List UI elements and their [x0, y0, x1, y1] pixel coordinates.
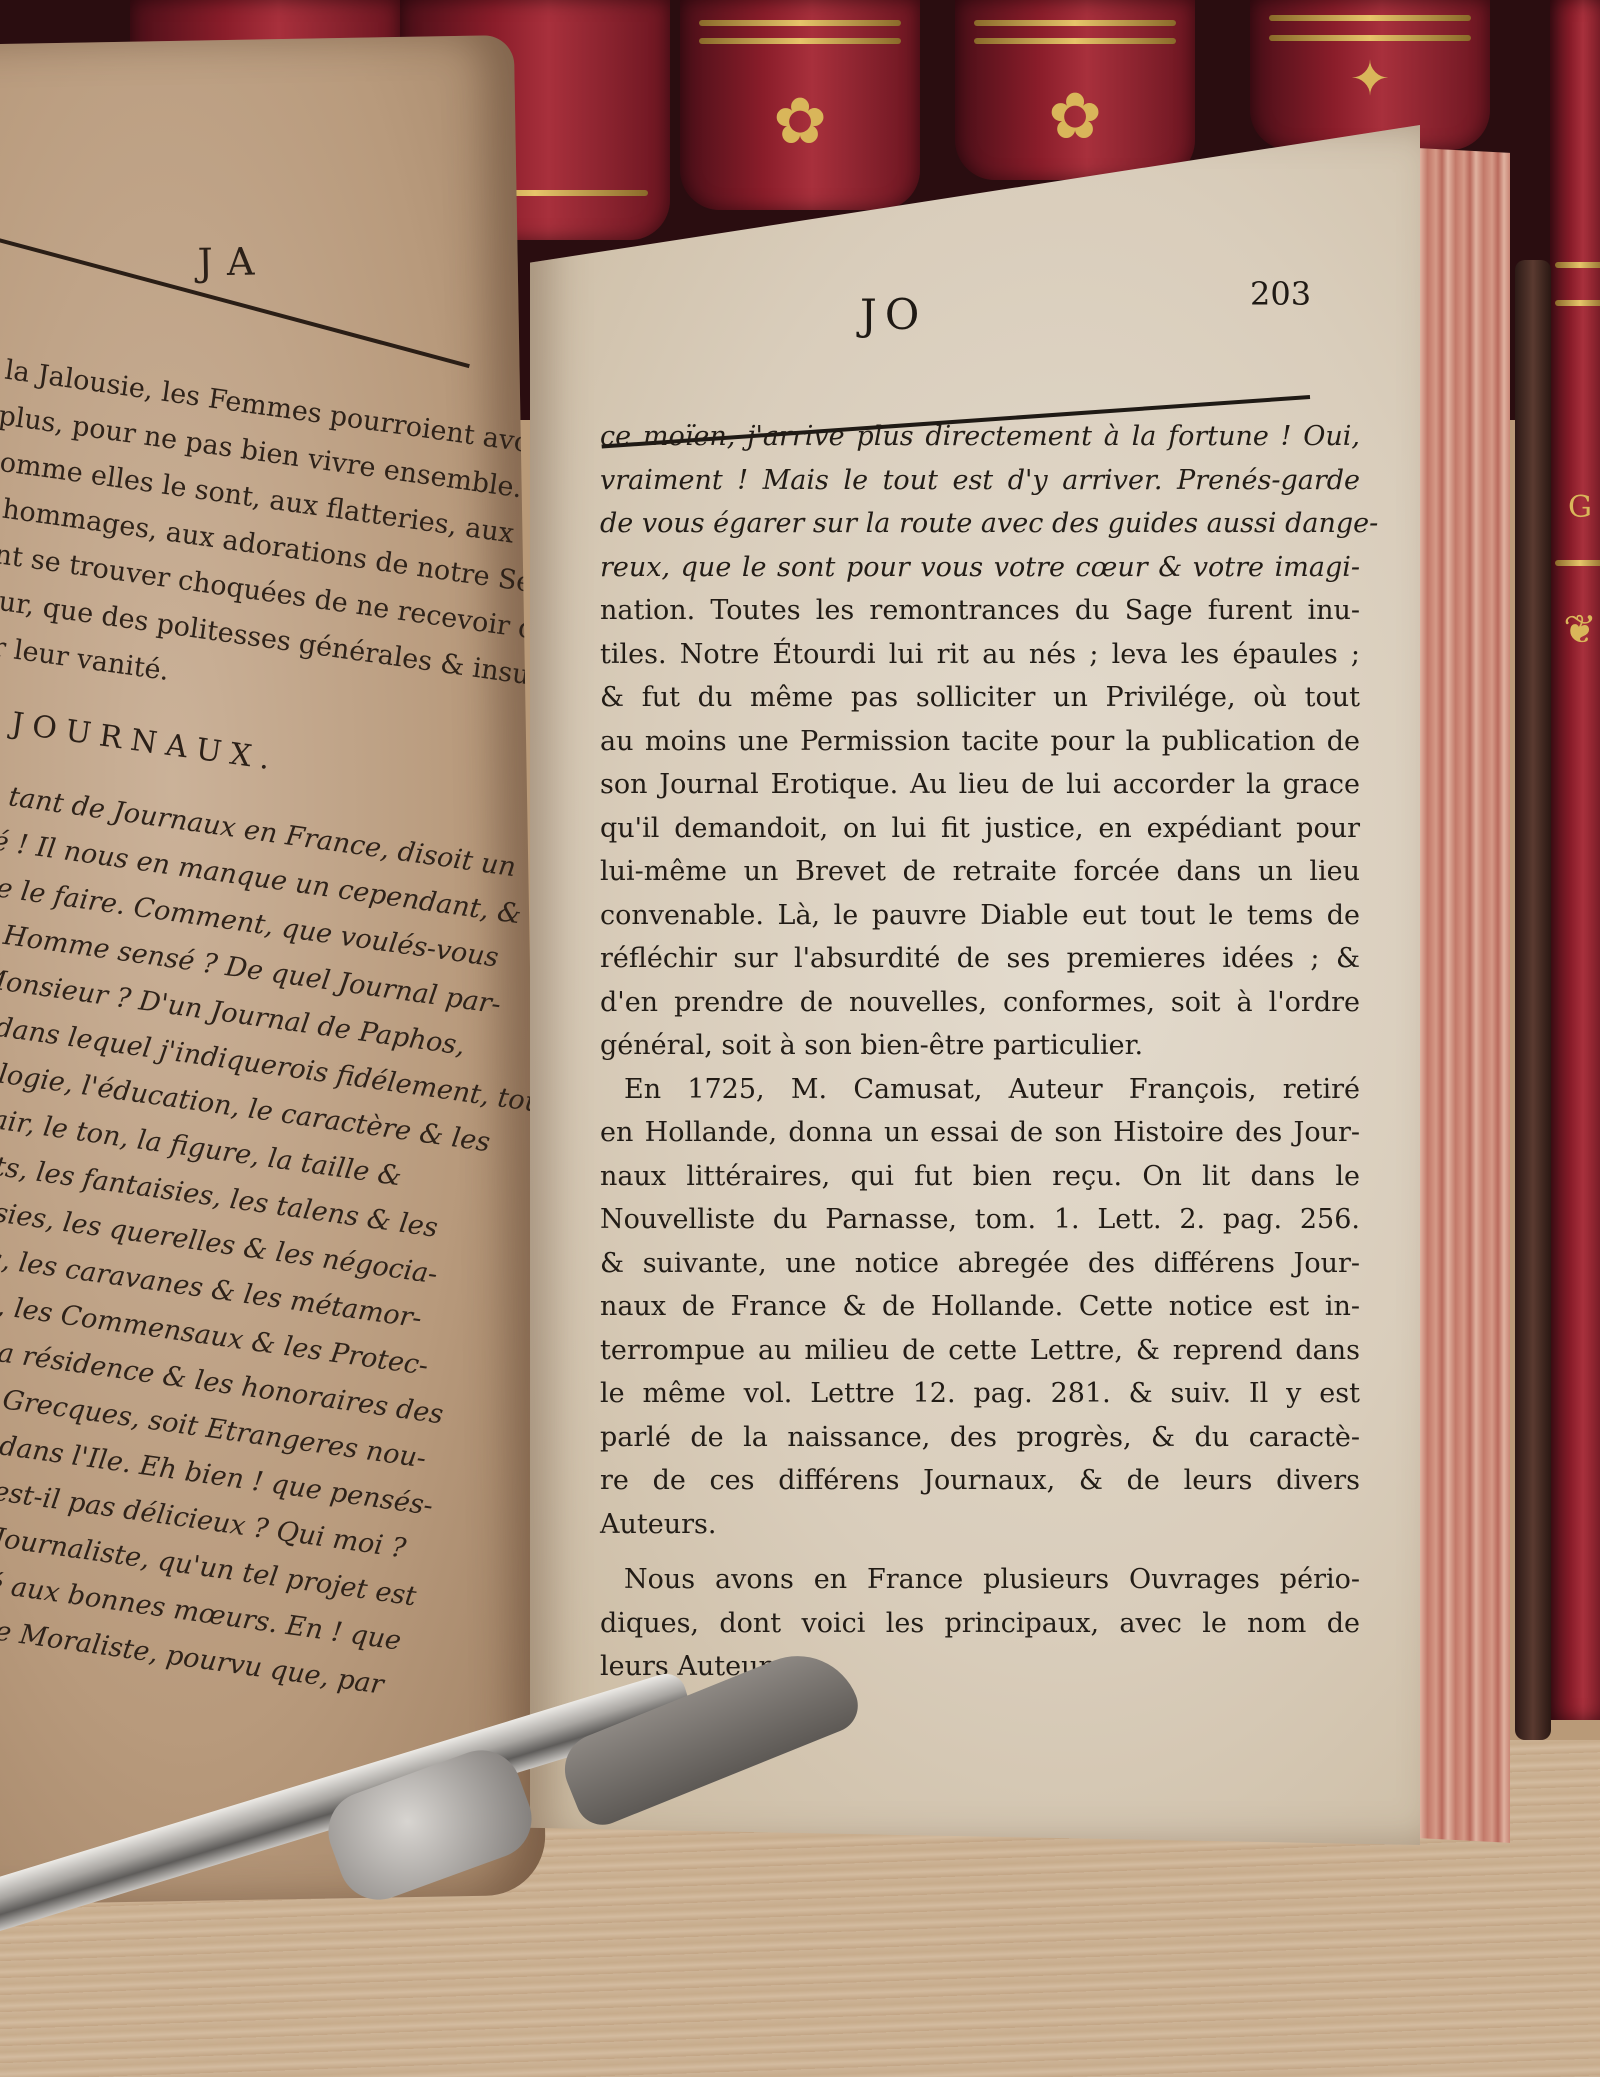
text-line: ce moïen, j'arrive plus directement à la… — [600, 415, 1360, 459]
running-head: JO — [860, 290, 927, 339]
book-cover-edge — [1515, 260, 1551, 1740]
text-line: qu'il demandoit, on lui fit justice, en … — [600, 807, 1360, 851]
gilt-star-icon: ✦ — [1350, 55, 1390, 103]
text-line: au moins une Permission tacite pour la p… — [600, 720, 1360, 764]
text-line: Nouvelliste du Parnasse, tom. 1. Lett. 2… — [600, 1198, 1360, 1242]
book-spine-right: G ❦ — [1550, 0, 1600, 1720]
text-line: le même vol. Lettre 12. pag. 281. & suiv… — [600, 1372, 1360, 1416]
text-line: Nous avons en France plusieurs Ouvrages … — [600, 1558, 1360, 1602]
text-line: re de ces différens Journaux, & de leurs… — [600, 1459, 1360, 1503]
text-line: En 1725, M. Camusat, Auteur François, re… — [600, 1068, 1360, 1112]
text-line: de vous égarer sur la route avec des gui… — [600, 502, 1360, 546]
text-line: Auteurs. — [600, 1503, 1360, 1547]
left-page: JA e la Jalousie, les Femmes pourroient … — [0, 35, 546, 1905]
text-line: général, soit à son bien-être particulie… — [600, 1024, 1360, 1068]
text-line: nation. Toutes les remontrances du Sage … — [600, 589, 1360, 633]
spine-letter: G — [1568, 490, 1592, 525]
text-line: d'en prendre de nouvelles, conformes, so… — [600, 981, 1360, 1025]
gilt-palmette-icon: ❦ — [1563, 610, 1597, 650]
running-head: JA — [197, 239, 268, 284]
text-line: tiles. Notre Étourdi lui rit au nés ; le… — [600, 633, 1360, 677]
text-line: en Hollande, donna un essai de son Histo… — [600, 1111, 1360, 1155]
text-line: reux, que le sont pour vous votre cœur &… — [600, 546, 1360, 590]
page-number: 203 — [1250, 275, 1311, 313]
right-page-text: ce moïen, j'arrive plus directement à la… — [600, 415, 1360, 1689]
gilt-flower-icon: ✿ — [1048, 85, 1102, 149]
text-line: & fut du même pas solliciter un Privilég… — [600, 676, 1360, 720]
left-page-text: e la Jalousie, les Femmes pourroient avo… — [0, 344, 479, 1697]
text-line: naux littéraires, qui fut bien reçu. On … — [600, 1155, 1360, 1199]
text-line: leurs Auteurs. — [600, 1645, 1360, 1689]
text-line: lui-même un Brevet de retraite forcée da… — [600, 850, 1360, 894]
book-spine-3: ✿ — [680, 0, 920, 210]
book-spine-5: ✦ — [1250, 0, 1490, 150]
text-line: & suivante, une notice abregée des diffé… — [600, 1242, 1360, 1286]
gilt-flower-icon: ✿ — [773, 90, 827, 154]
text-line: terrompue au milieu de cette Lettre, & r… — [600, 1329, 1360, 1373]
text-line: son Journal Erotique. Au lieu de lui acc… — [600, 763, 1360, 807]
text-line: parlé de la naissance, des progrès, & du… — [600, 1416, 1360, 1460]
text-line: naux de France & de Hollande. Cette noti… — [600, 1285, 1360, 1329]
text-line: convenable. Là, le pauvre Diable eut tou… — [600, 894, 1360, 938]
book-spine-4: ✿ — [955, 0, 1195, 180]
text-line: réfléchir sur l'absurdité de ses premier… — [600, 937, 1360, 981]
right-page: JO 203 ce moïen, j'arrive plus directeme… — [530, 125, 1420, 1845]
text-line: diques, dont voici les principaux, avec … — [600, 1602, 1360, 1646]
text-line: vraiment ! Mais le tout est d'y arriver.… — [600, 459, 1360, 503]
